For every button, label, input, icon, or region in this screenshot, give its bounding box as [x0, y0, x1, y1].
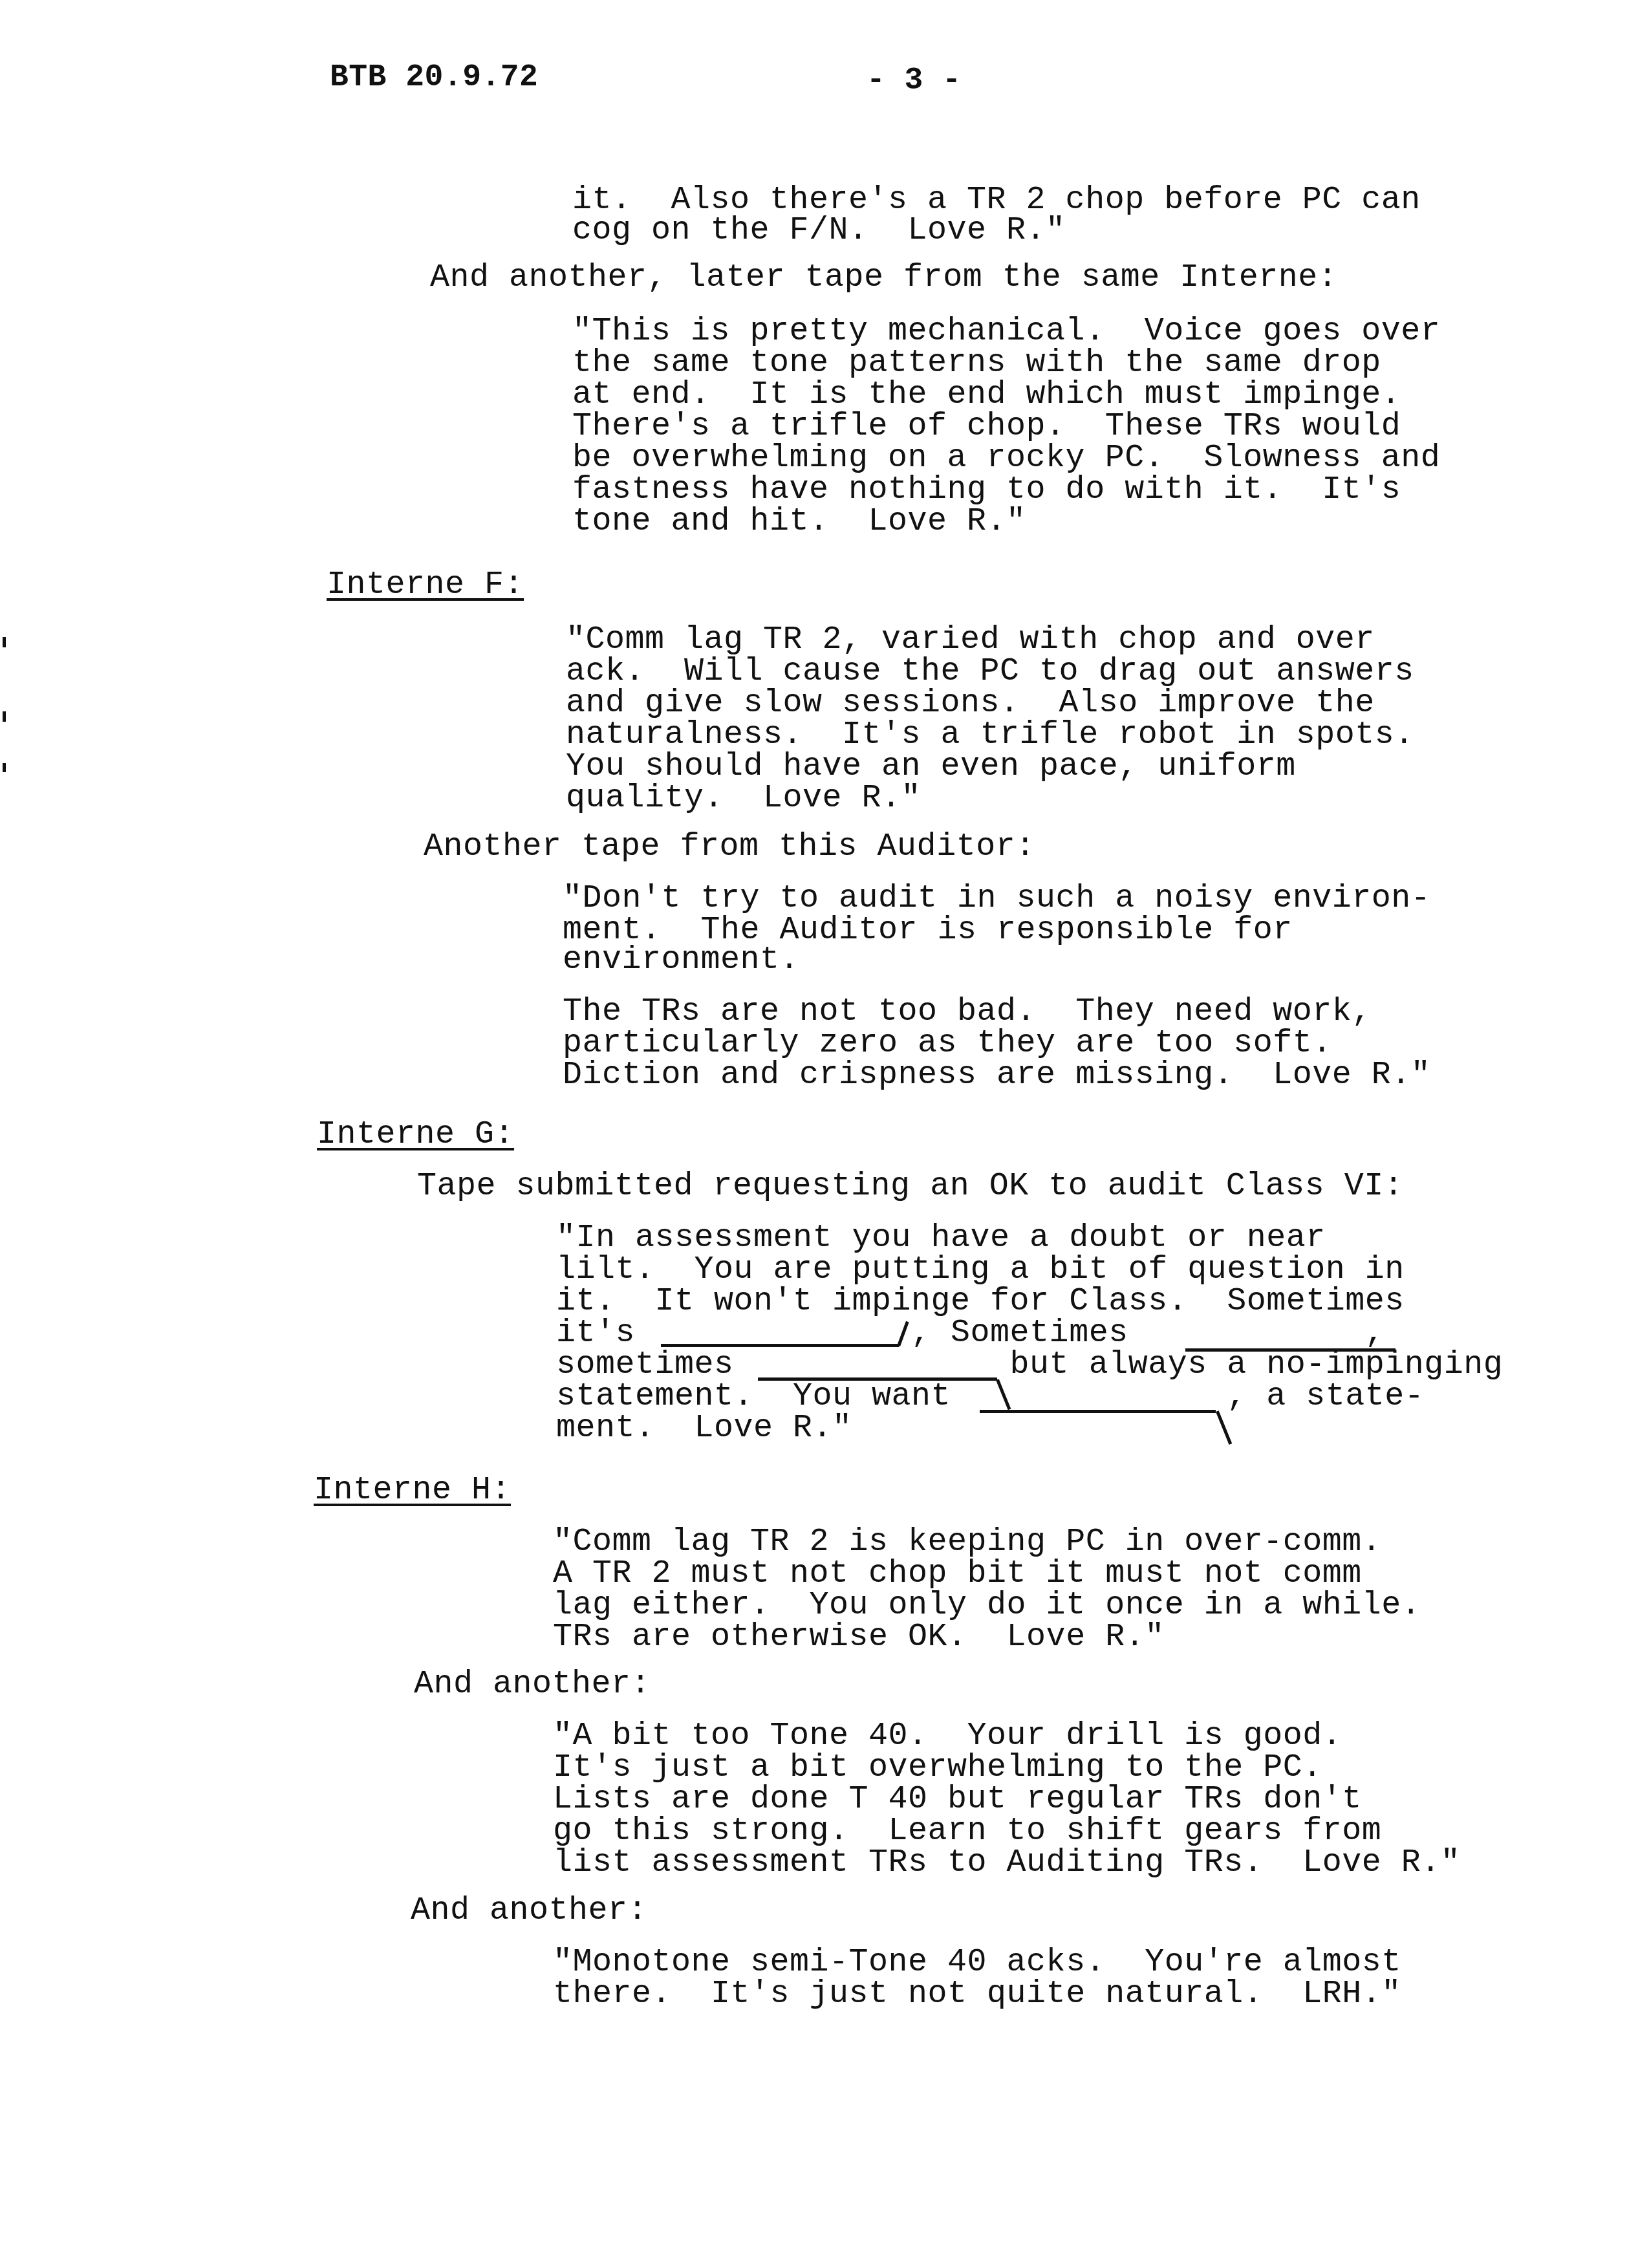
text-line: It's just a bit overwhelming to the PC.	[553, 1752, 1322, 1784]
text-line: "A bit too Tone 40. Your drill is good.	[553, 1720, 1342, 1753]
text-line: sometimes but always a no-impinging	[556, 1349, 1503, 1381]
text-line: naturalness. It's a trifle robot in spot…	[566, 719, 1414, 751]
text-line: "This is pretty mechanical. Voice goes o…	[572, 316, 1440, 348]
text-line: at end. It is the end which must impinge…	[572, 379, 1401, 411]
text-line: A TR 2 must not chop bit it must not com…	[553, 1558, 1362, 1590]
document-page: BTB 20.9.72 - 3 - it. Also there's a TR …	[0, 0, 1649, 2268]
pitch-line-level	[1185, 1348, 1396, 1352]
intro-line: And another, later tape from the same In…	[430, 262, 1337, 294]
text-line: "Monotone semi-Tone 40 acks. You're almo…	[553, 1947, 1401, 1979]
text-line: be overwhelming on a rocky PC. Slowness …	[572, 442, 1440, 475]
text-line: The TRs are not too bad. They need work,	[563, 996, 1372, 1028]
text-line: it. It won't impinge for Class. Sometime…	[556, 1286, 1405, 1318]
text-line: There's a trifle of chop. These TRs woul…	[572, 411, 1401, 443]
pitch-line-falling-2	[980, 1410, 1216, 1413]
text-line: You should have an even pace, uniform	[566, 751, 1296, 783]
pitch-line-falling-2-tick	[1216, 1410, 1232, 1445]
section-heading-interne-f: Interne F:	[327, 569, 524, 601]
text-line: "In assessment you have a doubt or near	[556, 1222, 1326, 1255]
text-line: ack. Will cause the PC to drag out answe…	[566, 656, 1414, 688]
binding-mark	[3, 637, 6, 647]
text-line: go this strong. Learn to shift gears fro…	[553, 1815, 1381, 1848]
text-line: cog on the F/N. Love R."	[572, 215, 1066, 247]
text-line: Diction and crispness are missing. Love …	[563, 1059, 1430, 1092]
text-line: tone and hit. Love R."	[572, 506, 1026, 538]
text-line: ment. Love R."	[556, 1412, 852, 1445]
section-heading-interne-h: Interne H:	[314, 1474, 511, 1507]
binding-mark	[3, 763, 6, 772]
page-number: - 3 -	[867, 65, 962, 97]
section-heading-interne-g: Interne G:	[317, 1119, 514, 1151]
document-reference: BTB 20.9.72	[330, 61, 538, 94]
intro-line: And another:	[414, 1669, 651, 1701]
intro-line: And another:	[411, 1895, 647, 1927]
text-line: the same tone patterns with the same dro…	[572, 347, 1381, 380]
pitch-line-rising	[661, 1344, 899, 1347]
text-line: "Comm lag TR 2, varied with chop and ove…	[566, 624, 1375, 656]
text-line: and give slow sessions. Also improve the	[566, 687, 1375, 720]
binding-mark	[3, 711, 6, 722]
text-line: lag either. You only do it once in a whi…	[553, 1590, 1421, 1622]
text-line: lilt. You are putting a bit of question …	[556, 1254, 1405, 1286]
text-line: TRs are otherwise OK. Love R."	[553, 1621, 1165, 1654]
text-line: statement. You want , a state-	[556, 1381, 1424, 1413]
text-line: "Comm lag TR 2 is keeping PC in over-com…	[553, 1526, 1381, 1559]
text-line: there. It's just not quite natural. LRH.…	[553, 1978, 1401, 2011]
text-line: particularly zero as they are too soft.	[563, 1028, 1332, 1060]
intro-line: Tape submitted requesting an OK to audit…	[417, 1171, 1403, 1203]
text-line: quality. Love R."	[566, 783, 921, 815]
text-line: Lists are done T 40 but regular TRs don'…	[553, 1784, 1362, 1816]
pitch-line-falling	[758, 1377, 997, 1381]
text-line: environment.	[563, 944, 799, 977]
text-line: fastness have nothing to do with it. It'…	[572, 474, 1401, 506]
intro-line: Another tape from this Auditor:	[424, 831, 1035, 863]
text-line: list assessment TRs to Auditing TRs. Lov…	[553, 1847, 1460, 1879]
text-line: "Don't try to audit in such a noisy envi…	[563, 883, 1430, 915]
